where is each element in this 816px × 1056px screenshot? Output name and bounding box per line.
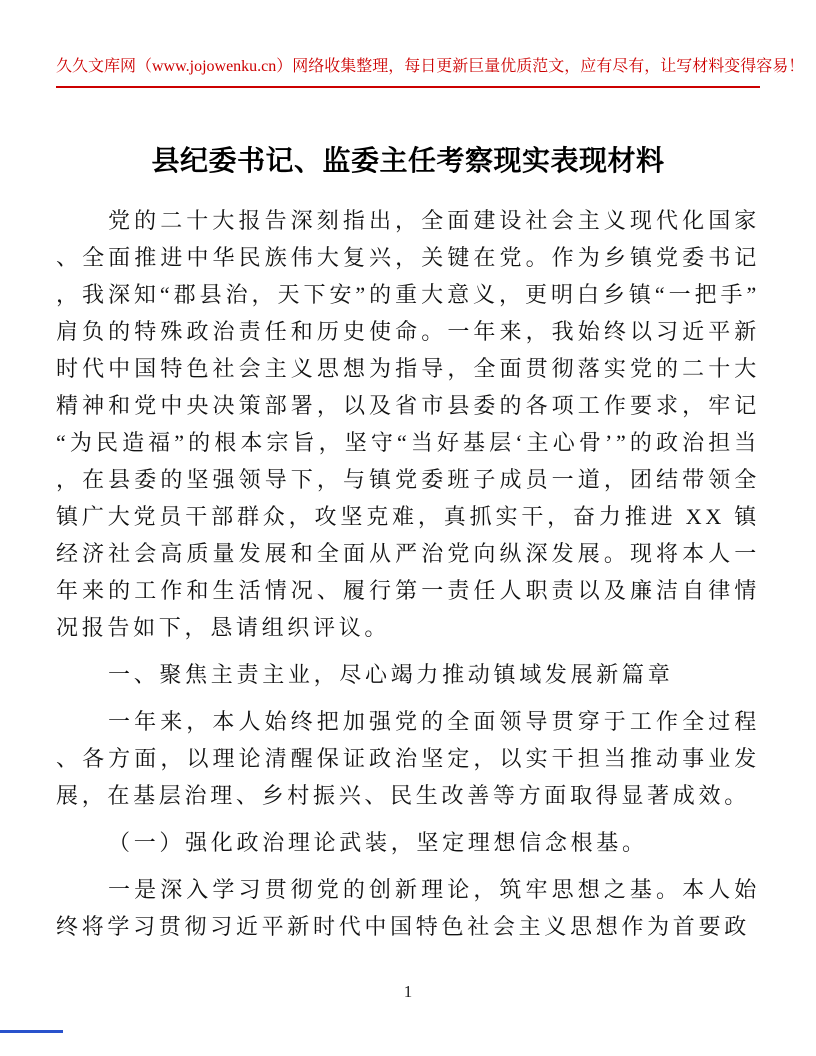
page-header: 久久文库网（www.jojowenku.cn）网络收集整理，每日更新巨量优质范文… [56,0,760,88]
paragraph-intro: 党的二十大报告深刻指出，全面建设社会主义现代化国家、全面推进中华民族伟大复兴，关… [56,202,760,646]
footer-blue-line [0,1030,63,1033]
document-title: 县纪委书记、监委主任考察现实表现材料 [56,144,760,180]
section-heading-1: 一、聚焦主责主业，尽心竭力推动镇域发展新篇章 [56,656,760,693]
paragraph-subsection-1-1: 一是深入学习贯彻党的创新理论，筑牢思想之基。本人始终将学习贯彻习近平新时代中国特… [56,871,760,945]
document-body: 党的二十大报告深刻指出，全面建设社会主义现代化国家、全面推进中华民族伟大复兴，关… [56,202,760,945]
page-number: 1 [0,980,816,1004]
header-site-notice: 久久文库网（www.jojowenku.cn）网络收集整理，每日更新巨量优质范文… [56,57,760,77]
document-page: 久久文库网（www.jojowenku.cn）网络收集整理，每日更新巨量优质范文… [0,0,816,1056]
subsection-heading-1-1: （一）强化政治理论武装，坚定理想信念根基。 [56,824,760,861]
paragraph-section-1: 一年来，本人始终把加强党的全面领导贯穿于工作全过程、各方面，以理论清醒保证政治坚… [56,703,760,814]
